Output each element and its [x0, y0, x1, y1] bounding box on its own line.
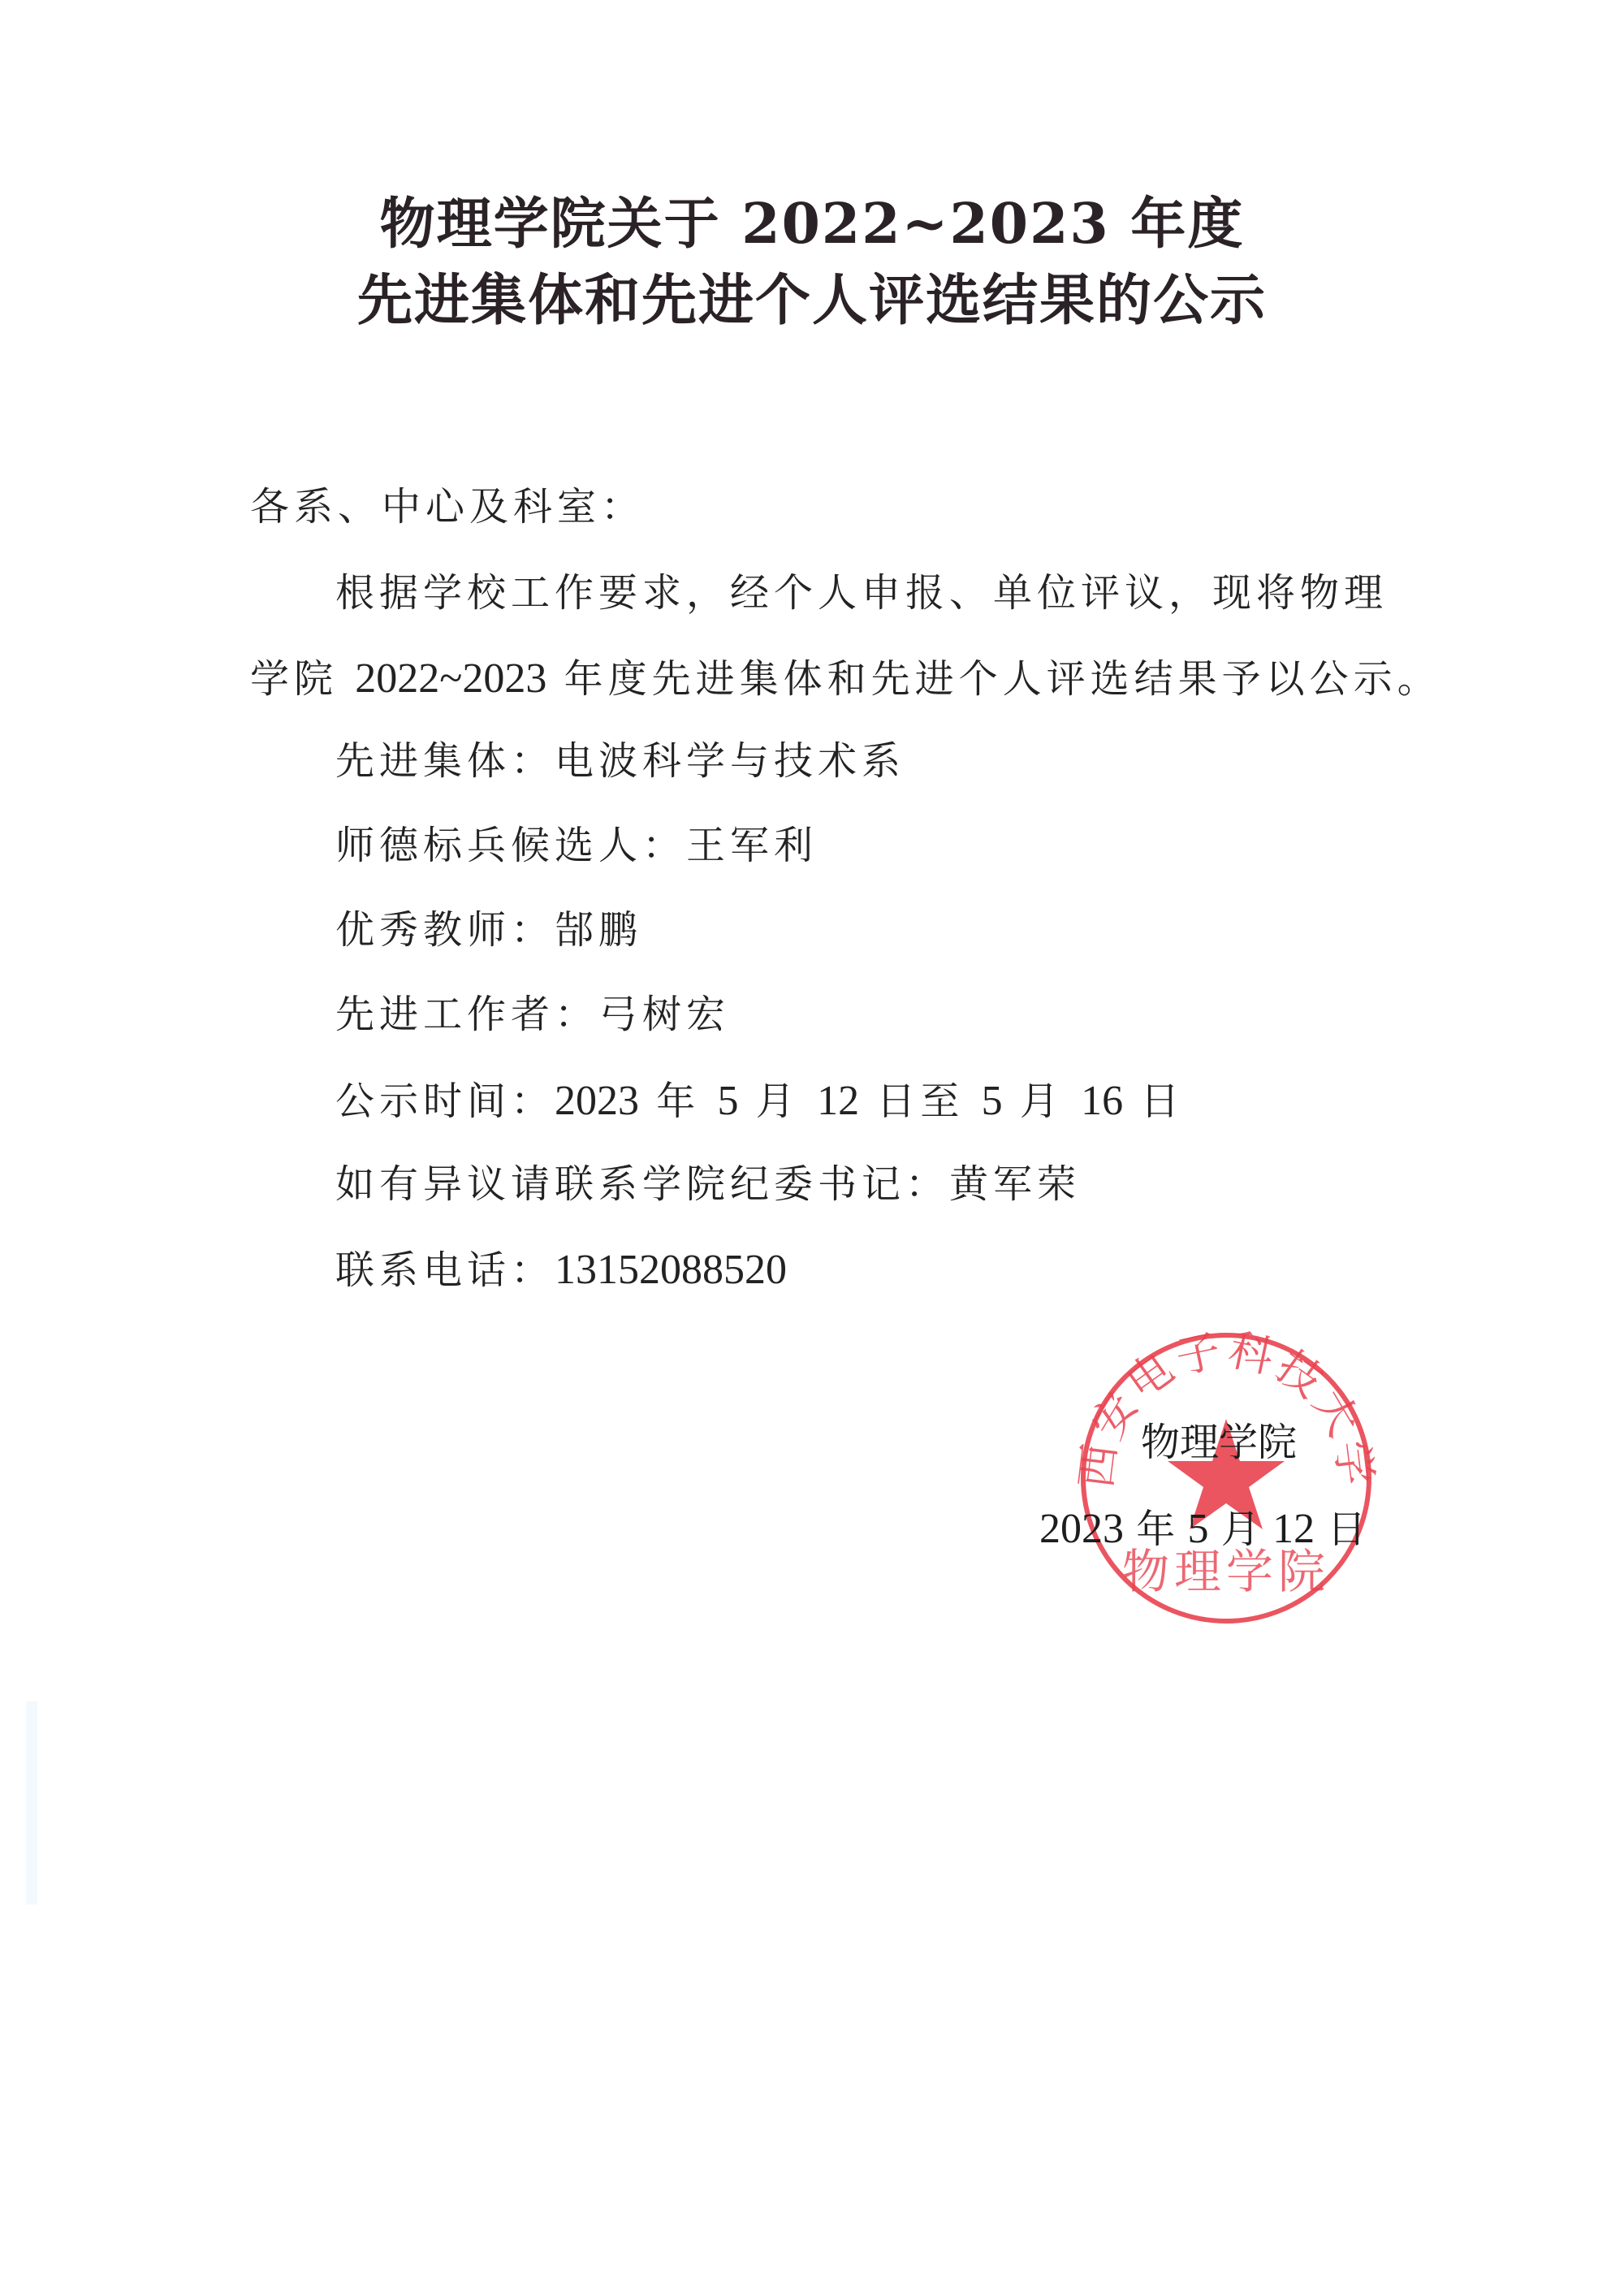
period-month-end: 5	[982, 1078, 1003, 1124]
salutation: 各系、中心及科室：	[250, 487, 645, 526]
document-title-line1: 物理学院关于 2022~2023 年度	[0, 197, 1624, 252]
body-paragraph-line1: 根据学校工作要求，经个人申报、单位评议，现将物理	[335, 573, 1388, 612]
award-ethics-model: 师德标兵候选人：王军利	[335, 826, 818, 865]
award-advanced-collective: 先进集体：电波科学与技术系	[335, 742, 905, 780]
phone-number: 13152088520	[555, 1247, 787, 1293]
period-text: 年	[639, 1079, 718, 1124]
date-text: 日	[1315, 1507, 1366, 1552]
phone-label: 联系电话：	[335, 1247, 555, 1293]
body-text: 学院	[250, 656, 355, 702]
period-text: 日	[1123, 1079, 1184, 1124]
publicity-period: 公示时间：2023 年 5 月 12 日至 5 月 16 日	[335, 1080, 1184, 1122]
period-text: 日至	[859, 1079, 982, 1124]
award-value: 电波科学与技术系	[555, 738, 905, 784]
period-day-end: 16	[1081, 1078, 1123, 1124]
document-title-line2: 先进集体和先进个人评选结果的公示	[0, 273, 1624, 328]
period-day-start: 12	[817, 1078, 859, 1124]
objection-contact: 如有异议请联系学院纪委书记：黄军荣	[335, 1165, 1081, 1204]
signature-org: 物理学院	[1141, 1423, 1297, 1462]
award-label: 先进工作者：	[335, 992, 598, 1037]
official-seal-icon: 西安电子科技大学 物理学院	[1076, 1328, 1376, 1628]
date-year: 2023	[1039, 1506, 1124, 1552]
date-text: 年	[1124, 1507, 1188, 1552]
period-year: 2023	[555, 1078, 639, 1124]
award-value: 弓树宏	[598, 992, 730, 1037]
award-label: 先进集体：	[335, 738, 555, 784]
period-text: 月	[1003, 1079, 1082, 1124]
svg-text:物理学院: 物理学院	[1122, 1544, 1330, 1599]
signature-date: 2023 年 5 月 12 日	[1039, 1508, 1366, 1550]
award-label: 优秀教师：	[335, 907, 555, 953]
award-label: 师德标兵候选人：	[335, 823, 686, 868]
body-year-range: 2022~2023	[355, 655, 546, 702]
body-paragraph-line2: 学院 2022~2023 年度先进集体和先进个人评选结果予以公示。	[250, 658, 1441, 700]
period-text: 月	[739, 1079, 818, 1124]
contact-phone: 联系电话：13152088520	[335, 1249, 787, 1291]
award-advanced-worker: 先进工作者：弓树宏	[335, 995, 730, 1034]
award-value: 王军利	[686, 823, 818, 868]
scan-artifact	[26, 1701, 37, 1905]
date-month: 5	[1188, 1506, 1209, 1552]
period-label: 公示时间：	[335, 1079, 555, 1124]
date-text: 月	[1209, 1507, 1273, 1552]
award-excellent-teacher: 优秀教师：郜鹏	[335, 910, 642, 949]
period-month-start: 5	[718, 1078, 739, 1124]
date-day: 12	[1272, 1506, 1315, 1552]
award-value: 郜鹏	[555, 907, 642, 953]
body-text: 年度先进集体和先进个人评选结果予以公示。	[546, 656, 1440, 702]
